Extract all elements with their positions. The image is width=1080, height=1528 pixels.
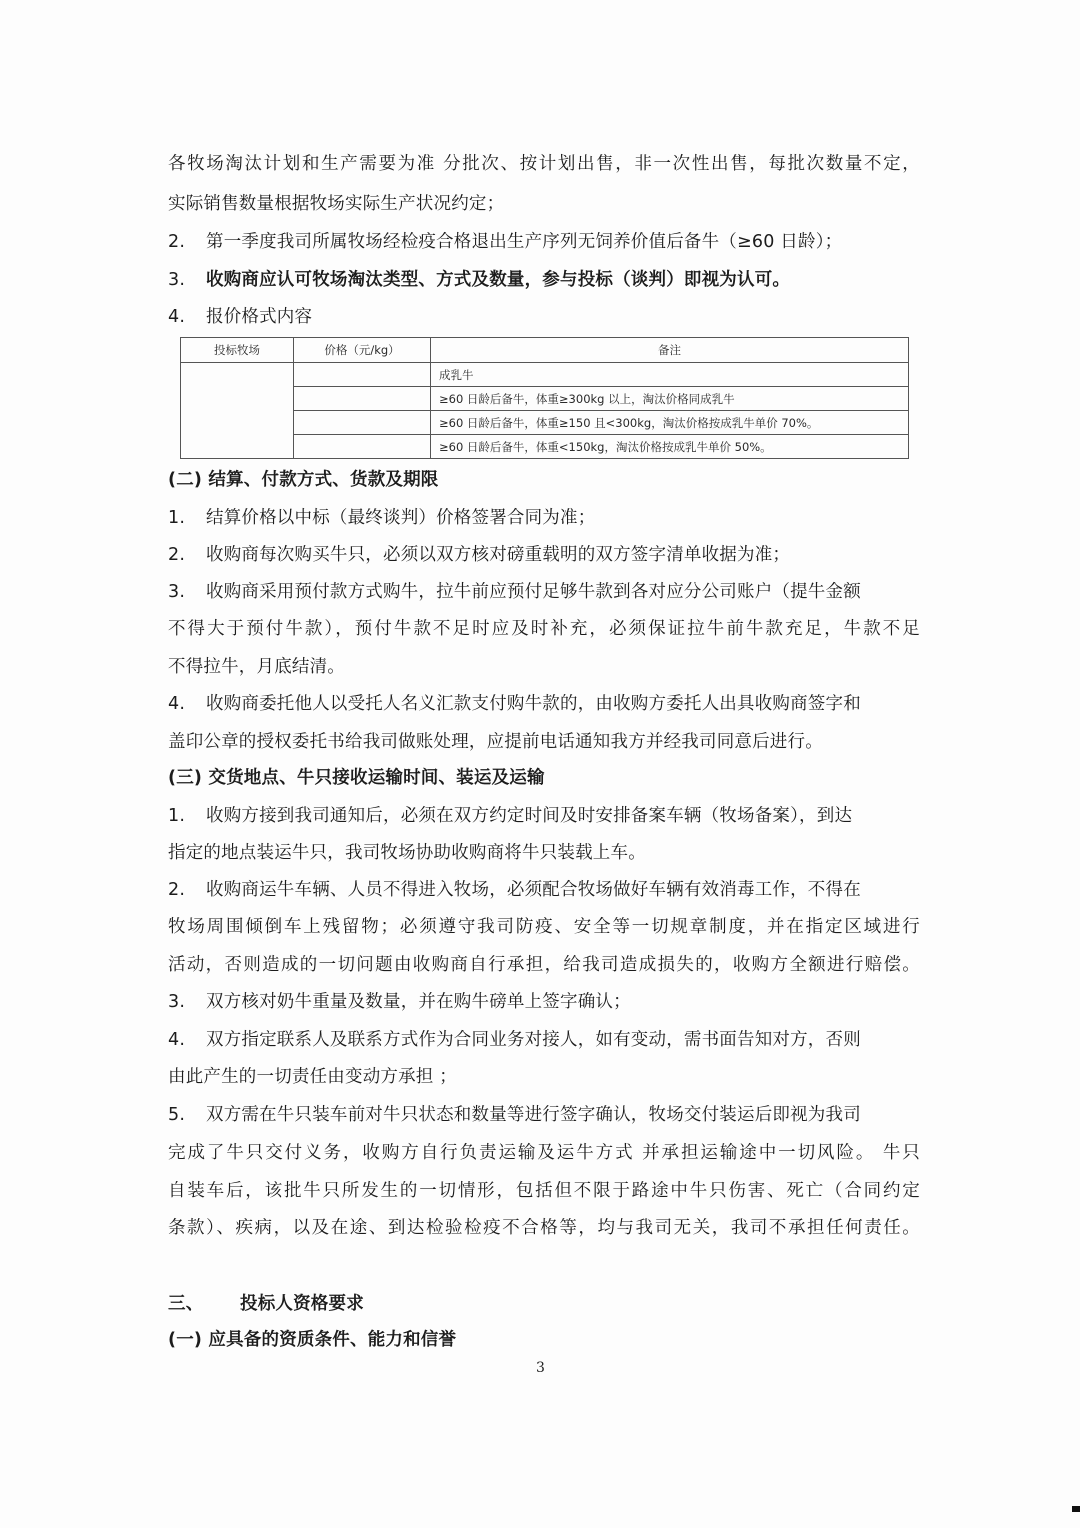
note-cell: ≥60 日龄后备牛，体重≥300kg 以上，淘汰价格同成乳牛 — [431, 387, 909, 411]
item-number: 2. — [168, 543, 206, 567]
note-cell: ≥60 日龄后备牛，体重<150kg，淘汰价格按成乳牛单价 50%。 — [431, 435, 909, 459]
settlement-line: 盖印公章的授权委托书给我司做账处理，应提前电话通知我方并经我司同意后进行。 — [168, 730, 920, 754]
item-text: 收购商采用预付款方式购牛，拉牛前应预付足够牛款到各对应分公司账户（提牛金额 — [206, 582, 861, 602]
subsection-heading-qualification: (一) 应具备的资质条件、能力和信誉 — [168, 1328, 920, 1352]
header-farm: 投标牧场 — [181, 338, 294, 363]
item-text: 双方核对奶牛重量及数量，并在购牛磅单上签字确认； — [206, 992, 631, 1012]
delivery-line: 完成了牛只交付义务，收购方自行负责运输及运牛方式 并承担运输途中一切风险。 牛只 — [168, 1141, 920, 1165]
delivery-line: 活动，否则造成的一切问题由收购商自行承担，给我司造成损失的，收购方全额进行赔偿。 — [168, 953, 920, 977]
item-2: 2.第一季度我司所属牧场经检疫合格退出生产序列无饲养价值后备牛（≥60 日龄）； — [168, 230, 920, 254]
item-text: 结算价格以中标（最终谈判）价格签署合同为准； — [206, 508, 595, 528]
delivery-line: 2.收购商运牛车辆、人员不得进入牧场，必须配合牧场做好车辆有效消毒工作，不得在 — [168, 878, 920, 902]
chapter-number: 三、 — [168, 1292, 240, 1316]
settlement-line: 不得拉牛，月底结清。 — [168, 655, 920, 679]
delivery-line: 由此产生的一切责任由变动方承担 ； — [168, 1065, 920, 1089]
item-number: 3. — [168, 268, 206, 292]
note-cell: 成乳牛 — [431, 363, 909, 387]
item-text: 第一季度我司所属牧场经检疫合格退出生产序列无饲养价值后备牛（≥60 日龄）； — [206, 232, 842, 252]
chapter-title: 投标人资格要求 — [240, 1294, 364, 1314]
table-row: 成乳牛 — [181, 363, 909, 387]
item-number: 2. — [168, 878, 206, 902]
delivery-line: 指定的地点装运牛只，我司牧场协助收购商将牛只装载上车。 — [168, 841, 920, 865]
scan-mark — [1072, 1506, 1080, 1512]
item-number: 1. — [168, 506, 206, 530]
item-text: 双方指定联系人及联系方式作为合同业务对接人，如有变动，需书面告知对方，否则 — [206, 1030, 861, 1050]
delivery-line: 1.收购方接到我司通知后，必须在双方约定时间及时安排备案车辆（牧场备案），到达 — [168, 804, 920, 828]
section-heading-settlement: (二) 结算、付款方式、货款及期限 — [168, 468, 920, 492]
settlement-line: 2.收购商每次购买牛只，必须以双方核对磅重载明的双方签字清单收据为准； — [168, 543, 920, 567]
item-number: 4. — [168, 1028, 206, 1052]
settlement-line: 1.结算价格以中标（最终谈判）价格签署合同为准； — [168, 506, 920, 530]
item-4: 4.报价格式内容 — [168, 305, 920, 329]
document-page: 各牧场淘汰计划和生产需要为准 分批次、按计划出售，非一次性出售，每批次数量不定，… — [0, 0, 1080, 1528]
item-number: 5. — [168, 1103, 206, 1127]
item-3: 3.收购商应认可牧场淘汰类型、方式及数量，参与投标（谈判）即视为认可。 — [168, 268, 920, 292]
section-heading-delivery: (三) 交货地点、牛只接收运输时间、装运及运输 — [168, 766, 920, 790]
intro-line-2: 实际销售数量根据牧场实际生产状况约定； — [168, 192, 920, 216]
farm-cell — [181, 363, 294, 459]
delivery-line: 自装车后，该批牛只所发生的一切情形，包括但不限于路途中牛只伤害、死亡（合同约定 — [168, 1179, 920, 1203]
item-text: 收购商委托他人以受托人名义汇款支付购牛款的，由收购方委托人出具收购商签字和 — [206, 694, 861, 714]
price-cell — [294, 387, 431, 411]
settlement-line: 3.收购商采用预付款方式购牛，拉牛前应预付足够牛款到各对应分公司账户（提牛金额 — [168, 580, 920, 604]
settlement-line: 不得大于预付牛款），预付牛款不足时应及时补充，必须保证拉牛前牛款充足，牛款不足 — [168, 617, 920, 641]
item-text: 收购方接到我司通知后，必须在双方约定时间及时安排备案车辆（牧场备案），到达 — [206, 806, 852, 826]
item-number: 3. — [168, 580, 206, 604]
delivery-line: 5.双方需在牛只装车前对牛只状态和数量等进行签字确认，牧场交付装运后即视为我司 — [168, 1103, 920, 1127]
note-cell: ≥60 日龄后备牛，体重≥150 且<300kg，淘汰价格按成乳牛单价 70%。 — [431, 411, 909, 435]
delivery-line: 牧场周围倾倒车上残留物；必须遵守我司防疫、安全等一切规章制度，并在指定区域进行 — [168, 915, 920, 939]
item-text: 双方需在牛只装车前对牛只状态和数量等进行签字确认，牧场交付装运后即视为我司 — [206, 1105, 861, 1125]
item-text: 收购商应认可牧场淘汰类型、方式及数量，参与投标（谈判）即视为认可。 — [206, 270, 790, 290]
item-text: 报价格式内容 — [206, 307, 312, 327]
item-text: 收购商运牛车辆、人员不得进入牧场，必须配合牧场做好车辆有效消毒工作，不得在 — [206, 880, 861, 900]
delivery-line: 3.双方核对奶牛重量及数量，并在购牛磅单上签字确认； — [168, 990, 920, 1014]
delivery-line: 4.双方指定联系人及联系方式作为合同业务对接人，如有变动，需书面告知对方，否则 — [168, 1028, 920, 1052]
item-number: 3. — [168, 990, 206, 1014]
item-number: 4. — [168, 692, 206, 716]
table-header-row: 投标牧场 价格（元/kg） 备注 — [181, 338, 909, 363]
delivery-line: 条款）、疾病，以及在途、到达检验检疫不合格等，均与我司无关，我司不承担任何责任。 — [168, 1216, 920, 1240]
price-cell — [294, 435, 431, 459]
price-cell — [294, 363, 431, 387]
item-number: 2. — [168, 230, 206, 254]
header-price: 价格（元/kg） — [294, 338, 431, 363]
settlement-line: 4.收购商委托他人以受托人名义汇款支付购牛款的，由收购方委托人出具收购商签字和 — [168, 692, 920, 716]
page-number: 3 — [536, 1360, 545, 1376]
chapter-heading-qualification: 三、投标人资格要求 — [168, 1292, 920, 1316]
item-number: 4. — [168, 305, 206, 329]
price-cell — [294, 411, 431, 435]
item-number: 1. — [168, 804, 206, 828]
quote-format-table: 投标牧场 价格（元/kg） 备注 成乳牛 ≥60 日龄后备牛，体重≥300kg … — [180, 337, 909, 459]
intro-line-1: 各牧场淘汰计划和生产需要为准 分批次、按计划出售，非一次性出售，每批次数量不定， — [168, 152, 920, 176]
item-text: 收购商每次购买牛只，必须以双方核对磅重载明的双方签字清单收据为准； — [206, 545, 790, 565]
header-note: 备注 — [431, 338, 909, 363]
